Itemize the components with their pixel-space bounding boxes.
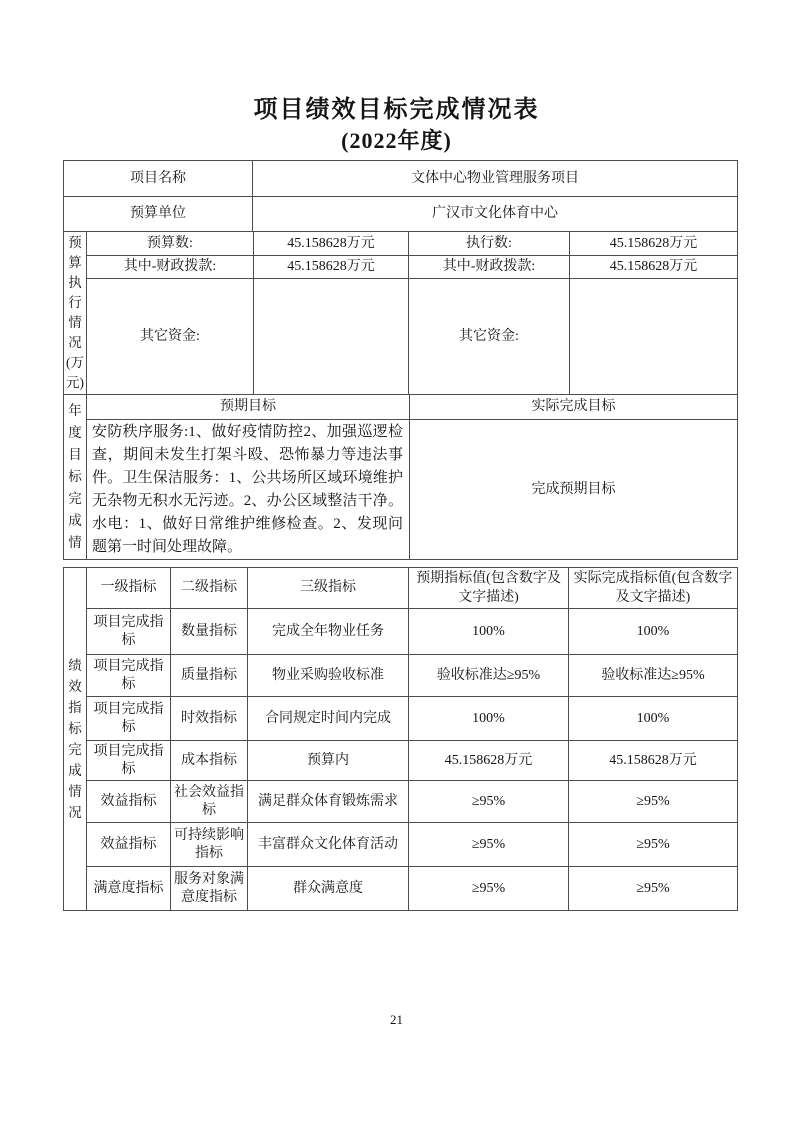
indicator-level1: 项目完成指标 bbox=[87, 609, 170, 654]
performance-section: 绩效指标完成情况 一级指标 二级指标 三级指标 预期指标值(包含数字及文字描述)… bbox=[64, 568, 737, 910]
header-actual-value: 实际完成指标值(包含数字及文字描述) bbox=[568, 568, 737, 608]
header-level2: 二级指标 bbox=[170, 568, 247, 608]
indicator-level3: 完成全年物业任务 bbox=[247, 609, 408, 654]
indicator-expected-value: ≥95% bbox=[408, 823, 568, 866]
performance-grid: 一级指标 二级指标 三级指标 预期指标值(包含数字及文字描述) 实际完成指标值(… bbox=[86, 568, 737, 910]
indicator-expected-value: 100% bbox=[408, 697, 568, 740]
budget-amount-label: 预算数: bbox=[87, 232, 253, 255]
execution-amount-label: 执行数: bbox=[408, 232, 569, 255]
indicator-level3: 预算内 bbox=[247, 741, 408, 780]
budget-execution-section-label-text: 预算执行情况(万元) bbox=[65, 233, 85, 393]
project-name-value: 文体中心物业管理服务项目 bbox=[252, 161, 737, 196]
execution-other-funds-label: 其它资金: bbox=[408, 279, 569, 394]
indicator-level3: 合同规定时间内完成 bbox=[247, 697, 408, 740]
budget-execution-section-label: 预算执行情况(万元) bbox=[64, 232, 86, 394]
indicator-level2: 社会效益指标 bbox=[170, 781, 247, 822]
indicator-actual-value: 验收标准达≥95% bbox=[568, 655, 737, 696]
indicator-row: 项目完成指标 时效指标 合同规定时间内完成 100% 100% bbox=[87, 696, 737, 740]
budget-fiscal-label: 其中-财政拨款: bbox=[87, 256, 253, 278]
indicator-level2: 服务对象满意度指标 bbox=[170, 867, 247, 910]
indicator-level1: 项目完成指标 bbox=[87, 655, 170, 696]
performance-section-label-text: 绩效指标完成情况 bbox=[65, 655, 85, 823]
indicator-row: 满意度指标 服务对象满意度指标 群众满意度 ≥95% ≥95% bbox=[87, 866, 737, 910]
document-title: 项目绩效目标完成情况表 bbox=[0, 94, 793, 126]
execution-amount-value: 45.158628万元 bbox=[569, 232, 737, 255]
indicator-expected-value: 45.158628万元 bbox=[408, 741, 568, 780]
performance-header-row: 一级指标 二级指标 三级指标 预期指标值(包含数字及文字描述) 实际完成指标值(… bbox=[87, 568, 737, 608]
annual-goal-header-row: 预期目标 实际完成目标 bbox=[87, 395, 737, 419]
document-page: 项目绩效目标完成情况表 (2022年度) 项目名称 文体中心物业管理服务项目 预… bbox=[0, 0, 793, 1122]
indicator-level3: 物业采购验收标准 bbox=[247, 655, 408, 696]
indicator-row: 效益指标 可持续影响指标 丰富群众文化体育活动 ≥95% ≥95% bbox=[87, 822, 737, 866]
indicator-level1: 项目完成指标 bbox=[87, 741, 170, 780]
budget-unit-row: 预算单位 广汉市文化体育中心 bbox=[64, 196, 737, 231]
annual-goal-section-label: 年度目标完成情 bbox=[64, 395, 86, 559]
annual-goal-section-label-text: 年度目标完成情 bbox=[65, 400, 85, 554]
execution-other-funds-value bbox=[569, 279, 737, 394]
indicator-level1: 效益指标 bbox=[87, 823, 170, 866]
expected-goal-header: 预期目标 bbox=[87, 395, 409, 419]
budget-row: 预算数: 45.158628万元 执行数: 45.158628万元 bbox=[87, 232, 737, 255]
indicator-expected-value: ≥95% bbox=[408, 781, 568, 822]
project-name-row: 项目名称 文体中心物业管理服务项目 bbox=[64, 161, 737, 196]
indicator-actual-value: ≥95% bbox=[568, 867, 737, 910]
indicator-actual-value: ≥95% bbox=[568, 781, 737, 822]
header-expected-value: 预期指标值(包含数字及文字描述) bbox=[408, 568, 568, 608]
indicator-actual-value: 100% bbox=[568, 609, 737, 654]
actual-goal-text: 完成预期目标 bbox=[409, 420, 737, 559]
budget-other-funds-value bbox=[253, 279, 408, 394]
annual-goal-section: 年度目标完成情 预期目标 实际完成目标 安防秩序服务:1、做好疫情防控2、加强巡… bbox=[64, 394, 737, 559]
budget-other-funds-label: 其它资金: bbox=[87, 279, 253, 394]
project-name-label: 项目名称 bbox=[64, 161, 252, 196]
indicator-level2: 成本指标 bbox=[170, 741, 247, 780]
indicator-level3: 群众满意度 bbox=[247, 867, 408, 910]
budget-execution-section: 预算执行情况(万元) 预算数: 45.158628万元 执行数: 45.1586… bbox=[64, 231, 737, 394]
indicator-actual-value: 45.158628万元 bbox=[568, 741, 737, 780]
indicator-level3: 丰富群众文化体育活动 bbox=[247, 823, 408, 866]
indicator-row: 项目完成指标 成本指标 预算内 45.158628万元 45.158628万元 bbox=[87, 740, 737, 780]
indicator-level1: 满意度指标 bbox=[87, 867, 170, 910]
indicator-level3: 满足群众体育锻炼需求 bbox=[247, 781, 408, 822]
indicator-level2: 数量指标 bbox=[170, 609, 247, 654]
expected-goal-text: 安防秩序服务:1、做好疫情防控2、加强巡逻检查，期间未发生打架斗殴、恐怖暴力等违… bbox=[89, 420, 407, 559]
indicator-level1: 项目完成指标 bbox=[87, 697, 170, 740]
annual-goal-content-row: 安防秩序服务:1、做好疫情防控2、加强巡逻检查，期间未发生打架斗殴、恐怖暴力等违… bbox=[87, 419, 737, 559]
budget-amount-value: 45.158628万元 bbox=[253, 232, 408, 255]
indicator-row: 项目完成指标 数量指标 完成全年物业任务 100% 100% bbox=[87, 608, 737, 654]
execution-fiscal-label: 其中-财政拨款: bbox=[408, 256, 569, 278]
indicator-row: 效益指标 社会效益指标 满足群众体育锻炼需求 ≥95% ≥95% bbox=[87, 780, 737, 822]
page-number: 21 bbox=[0, 1012, 793, 1028]
annual-goal-grid: 预期目标 实际完成目标 安防秩序服务:1、做好疫情防控2、加强巡逻检查，期间未发… bbox=[86, 395, 737, 559]
budget-execution-grid: 预算数: 45.158628万元 执行数: 45.158628万元 其中-财政拨… bbox=[86, 232, 737, 394]
indicator-level2: 时效指标 bbox=[170, 697, 247, 740]
header-level1: 一级指标 bbox=[87, 568, 170, 608]
budget-unit-value: 广汉市文化体育中心 bbox=[252, 197, 737, 231]
indicator-row: 项目完成指标 质量指标 物业采购验收标准 验收标准达≥95% 验收标准达≥95% bbox=[87, 654, 737, 696]
budget-fiscal-value: 45.158628万元 bbox=[253, 256, 408, 278]
indicator-level1: 效益指标 bbox=[87, 781, 170, 822]
performance-section-label: 绩效指标完成情况 bbox=[64, 568, 86, 910]
actual-goal-header: 实际完成目标 bbox=[409, 395, 737, 419]
summary-table: 项目名称 文体中心物业管理服务项目 预算单位 广汉市文化体育中心 预算执行情况(… bbox=[63, 160, 738, 560]
performance-table: 绩效指标完成情况 一级指标 二级指标 三级指标 预期指标值(包含数字及文字描述)… bbox=[63, 567, 738, 911]
document-subtitle: (2022年度) bbox=[0, 126, 793, 156]
header-level3: 三级指标 bbox=[247, 568, 408, 608]
expected-goal-cell: 安防秩序服务:1、做好疫情防控2、加强巡逻检查，期间未发生打架斗殴、恐怖暴力等违… bbox=[87, 420, 409, 559]
budget-row: 其中-财政拨款: 45.158628万元 其中-财政拨款: 45.158628万… bbox=[87, 255, 737, 278]
indicator-level2: 可持续影响指标 bbox=[170, 823, 247, 866]
budget-unit-label: 预算单位 bbox=[64, 197, 252, 231]
budget-row: 其它资金: 其它资金: bbox=[87, 278, 737, 394]
indicator-expected-value: 验收标准达≥95% bbox=[408, 655, 568, 696]
indicator-actual-value: ≥95% bbox=[568, 823, 737, 866]
indicator-expected-value: 100% bbox=[408, 609, 568, 654]
indicator-level2: 质量指标 bbox=[170, 655, 247, 696]
indicator-expected-value: ≥95% bbox=[408, 867, 568, 910]
execution-fiscal-value: 45.158628万元 bbox=[569, 256, 737, 278]
indicator-actual-value: 100% bbox=[568, 697, 737, 740]
